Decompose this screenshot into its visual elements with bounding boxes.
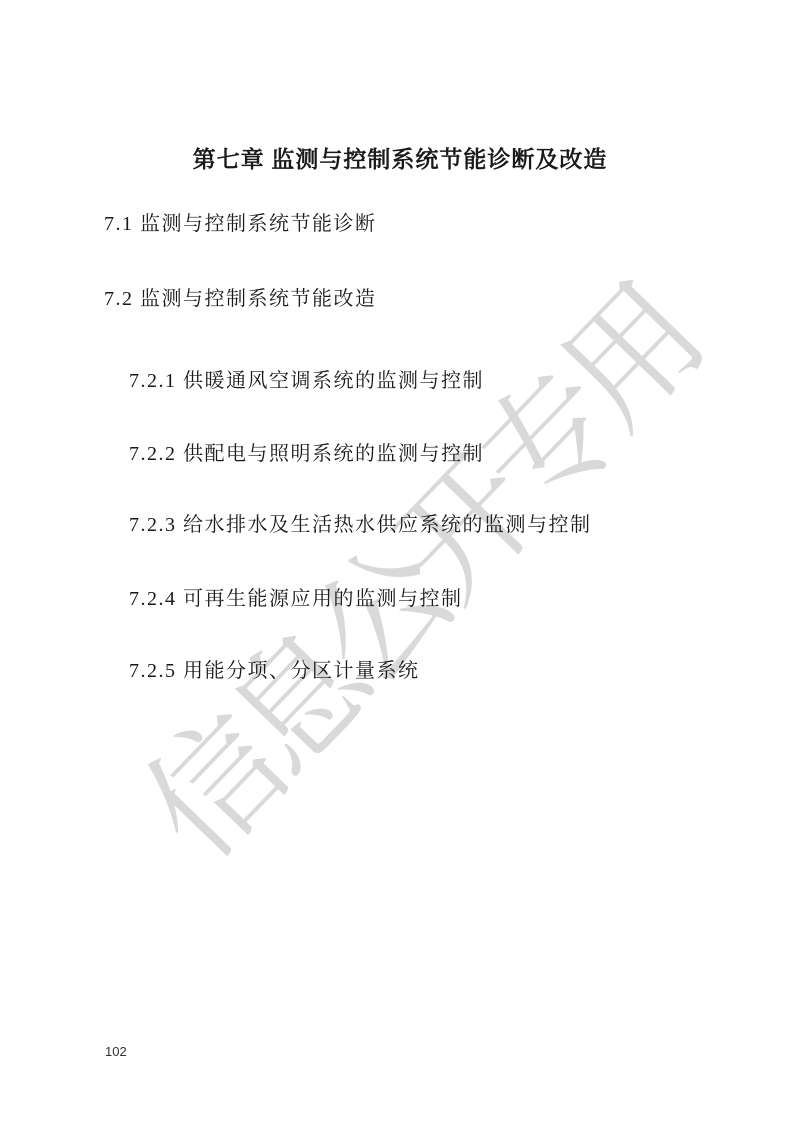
document-page: 信息公开专用 第七章 监测与控制系统节能诊断及改造 7.1 监测与控制系统节能诊… [0, 0, 800, 1131]
section-heading-7-1: 7.1 监测与控制系统节能诊断 [104, 207, 377, 236]
subsection-heading-7-2-4: 7.2.4 可再生能源应用的监测与控制 [129, 582, 463, 611]
section-heading-7-2: 7.2 监测与控制系统节能改造 [104, 282, 377, 311]
subsection-heading-7-2-5: 7.2.5 用能分项、分区计量系统 [129, 654, 420, 683]
subsection-heading-7-2-1: 7.2.1 供暖通风空调系统的监测与控制 [129, 364, 484, 393]
subsection-heading-7-2-3: 7.2.3 给水排水及生活热水供应系统的监测与控制 [129, 508, 592, 537]
watermark-text: 信息公开专用 [95, 242, 732, 892]
page-number: 102 [105, 1044, 127, 1059]
chapter-title: 第七章 监测与控制系统节能诊断及改造 [0, 141, 800, 174]
subsection-heading-7-2-2: 7.2.2 供配电与照明系统的监测与控制 [129, 437, 484, 466]
